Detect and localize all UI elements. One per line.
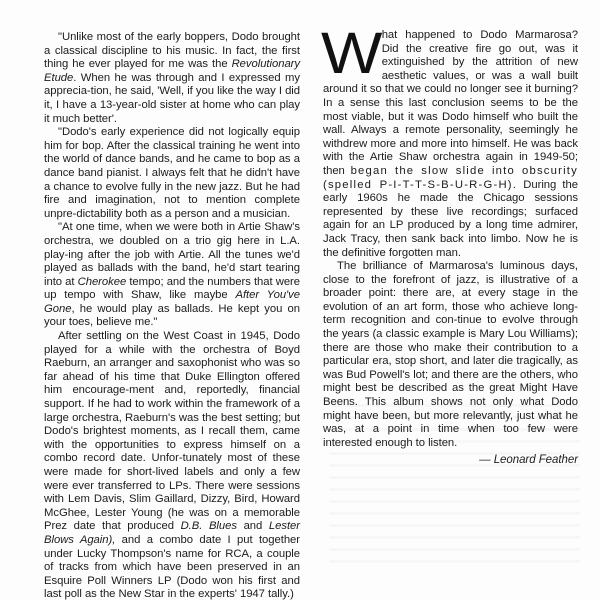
title-db-blues: D.B. Blues	[181, 520, 237, 532]
left-column: "Unlike most of the early boppers, Dodo …	[44, 31, 300, 600]
text-run: After settling on the West Coast in 1945…	[44, 330, 300, 532]
right-column: What happened to Dodo Marmarosa? Did the…	[323, 29, 578, 468]
text-run: , he would play as ballads. He kept you …	[44, 303, 300, 329]
paragraph-what-happened: What happened to Dodo Marmarosa? Did the…	[323, 29, 578, 260]
paragraph-brilliance: The brilliance of Marmarosa's luminous d…	[323, 260, 578, 450]
text-run: and	[237, 520, 269, 532]
paragraph-unlike-most: "Unlike most of the early boppers, Dodo …	[44, 31, 300, 126]
text-run: . When he was through and I expressed my…	[44, 72, 300, 125]
author-signature: — Leonard Feather	[323, 454, 578, 468]
paragraph-early-experience: "Dodo's early experience did not logical…	[44, 126, 300, 221]
title-cherokee: Cherokee	[78, 276, 127, 288]
drop-cap: W	[321, 31, 382, 77]
scanned-page: "Unlike most of the early boppers, Dodo …	[0, 0, 600, 600]
paragraph-west-coast: After settling on the West Coast in 1945…	[44, 330, 300, 600]
paragraph-artie-shaw: "At one time, when we were both in Artie…	[44, 221, 300, 330]
